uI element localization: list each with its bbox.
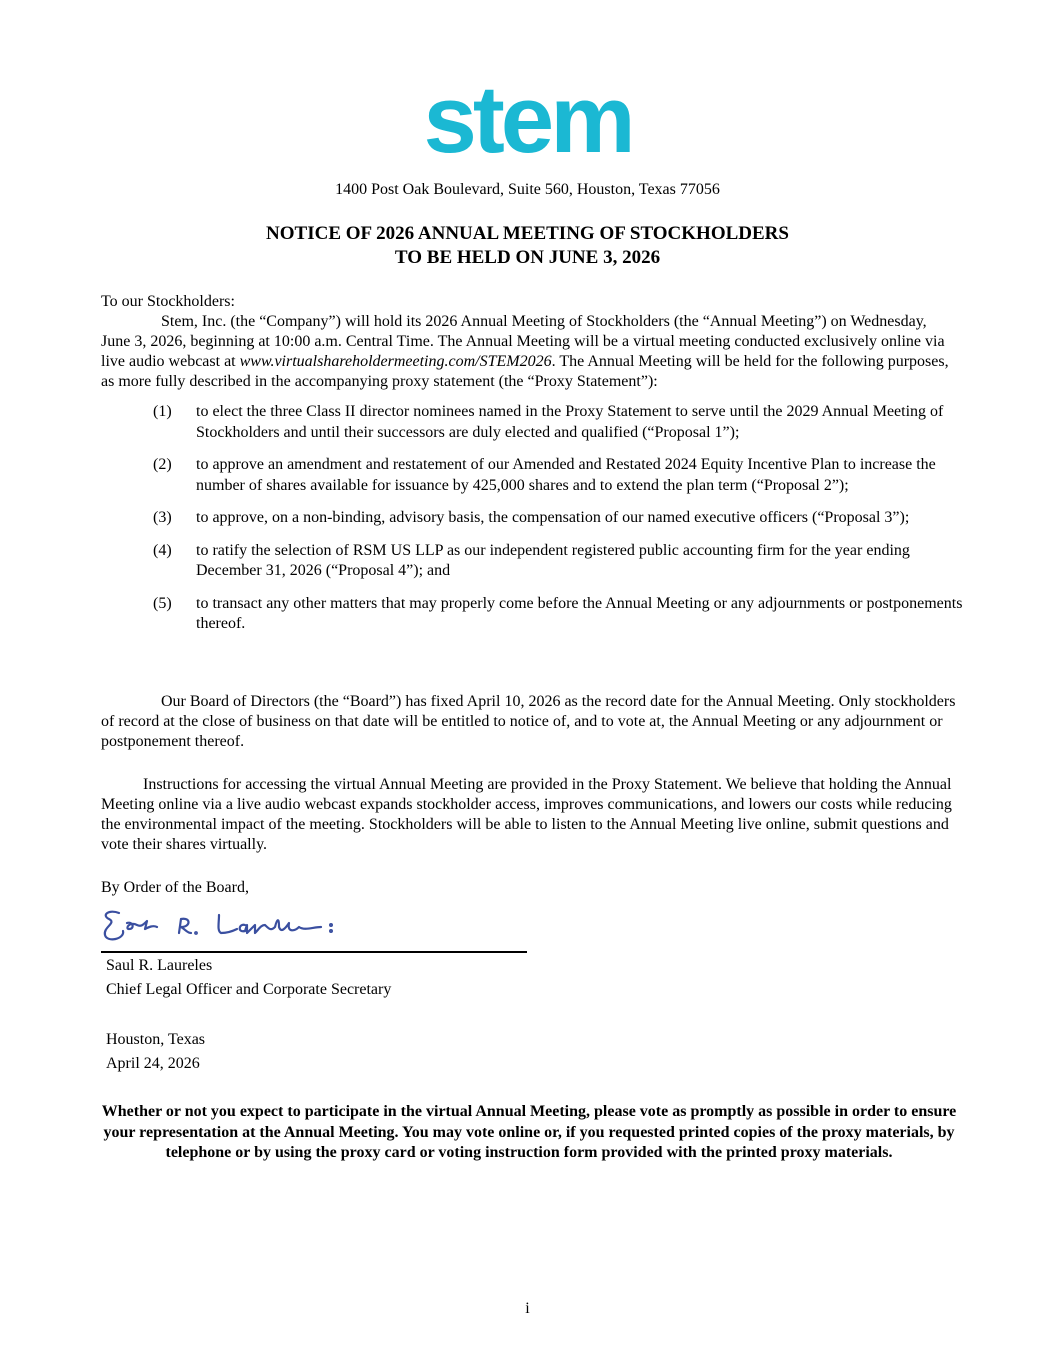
stem-logo: stem xyxy=(0,72,1055,168)
purpose-text: to approve, on a non-binding, advisory b… xyxy=(196,508,963,529)
webcast-link[interactable]: www.virtualshareholdermeeting.com/STEM20… xyxy=(240,353,552,370)
intro-paragraph: Stem, Inc. (the “Company”) will hold its… xyxy=(101,312,959,392)
notice-title: NOTICE OF 2026 ANNUAL MEETING OF STOCKHO… xyxy=(0,222,1055,270)
notice-title-line-2: TO BE HELD ON JUNE 3, 2026 xyxy=(0,246,1055,270)
page-number: i xyxy=(0,1300,1055,1318)
purpose-item: (3)to approve, on a non-binding, advisor… xyxy=(153,508,963,529)
company-address: 1400 Post Oak Boulevard, Suite 560, Hous… xyxy=(0,181,1055,199)
signer-title: Chief Legal Officer and Corporate Secret… xyxy=(106,978,391,1002)
record-date-paragraph: Our Board of Directors (the “Board”) has… xyxy=(101,692,959,752)
signer-name: Saul R. Laureles xyxy=(106,954,391,978)
purposes-list: (1)to elect the three Class II director … xyxy=(153,402,963,647)
purpose-text: to transact any other matters that may p… xyxy=(196,594,963,635)
purpose-number: (1) xyxy=(153,402,196,443)
purpose-number: (4) xyxy=(153,541,196,582)
signature-line xyxy=(101,951,527,953)
notice-title-line-1: NOTICE OF 2026 ANNUAL MEETING OF STOCKHO… xyxy=(0,222,1055,246)
purpose-item: (2)to approve an amendment and restateme… xyxy=(153,455,963,496)
location: Houston, Texas xyxy=(106,1028,205,1052)
purpose-item: (1)to elect the three Class II director … xyxy=(153,402,963,443)
purpose-text: to approve an amendment and restatement … xyxy=(196,455,963,496)
salutation: To our Stockholders: xyxy=(101,292,959,312)
closing: By Order of the Board, xyxy=(101,878,959,898)
purpose-item: (5)to transact any other matters that ma… xyxy=(153,594,963,635)
purpose-number: (5) xyxy=(153,594,196,635)
signature-image xyxy=(99,905,349,945)
purpose-number: (3) xyxy=(153,508,196,529)
notice-date: April 24, 2026 xyxy=(106,1052,205,1076)
location-date-block: Houston, Texas April 24, 2026 xyxy=(106,1028,205,1076)
purpose-item: (4)to ratify the selection of RSM US LLP… xyxy=(153,541,963,582)
purpose-text: to ratify the selection of RSM US LLP as… xyxy=(196,541,963,582)
purpose-number: (2) xyxy=(153,455,196,496)
instructions-paragraph: Instructions for accessing the virtual A… xyxy=(101,775,959,855)
signer-block: Saul R. Laureles Chief Legal Officer and… xyxy=(106,954,391,1002)
purpose-text: to elect the three Class II director nom… xyxy=(196,402,963,443)
vote-notice: Whether or not you expect to participate… xyxy=(98,1102,960,1164)
